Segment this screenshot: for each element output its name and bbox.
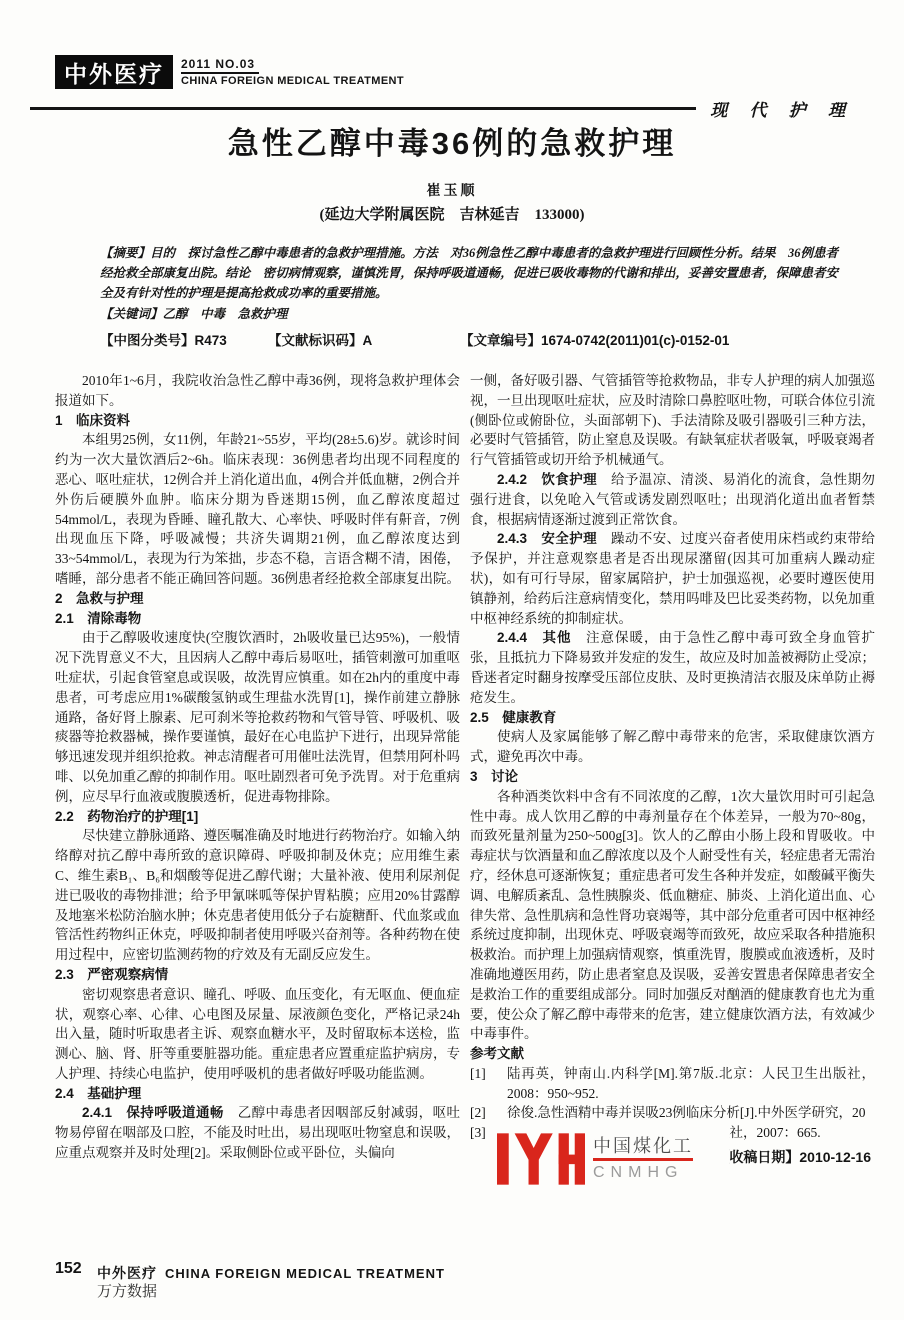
run-in-heading: 2.4.3 安全护理	[497, 531, 611, 546]
watermark-text-cn: 中国煤化工	[593, 1136, 693, 1156]
journal-logo-text: 中外医疗	[64, 56, 164, 89]
reference-marker: [1]	[470, 1064, 486, 1084]
body-paragraph: 由于乙醇吸收速度快(空腹饮酒时，2h吸收量已达95%)，一般情况下洗胃意义不大，…	[55, 628, 460, 806]
footer-journal-en: CHINA FOREIGN MEDICAL TREATMENT	[165, 1266, 445, 1281]
body-columns: 2010年1~6月，我院收治急性乙醇中毒36例，现将急救护理体会报道如下。1 临…	[55, 371, 875, 1253]
watermark-underline	[593, 1158, 693, 1161]
body-paragraph: 2.4.1 保持呼吸道通畅 乙醇中毒患者因咽部反射减弱，呕吐物易停留在咽部及口腔…	[55, 1103, 460, 1162]
clc-number: 【中图分类号】R473	[100, 329, 268, 349]
body-paragraph: 密切观察患者意识、瞳孔、呼吸、血压变化，有无呕血、便血症状，观察心率、心律、心电…	[55, 985, 460, 1084]
section-heading: 2 急救与护理	[55, 589, 460, 609]
body-paragraph: 本组男25例，女11例，年龄21~55岁，平均(28±5.6)岁。就诊时间约为一…	[55, 430, 460, 588]
references-heading: 参考文献	[470, 1044, 875, 1064]
footer-journal-cn: 中外医疗	[97, 1265, 157, 1281]
right-column: 一侧，备好吸引器、气管插管等抢救物品，非专人护理的病人加强巡视，一旦出现呕吐症状…	[470, 371, 875, 1253]
body-paragraph: 2.4.2 饮食护理 给予温凉、清淡、易消化的流食，急性期勿强行进食，以免呛入气…	[470, 470, 875, 529]
journal-name-en: CHINA FOREIGN MEDICAL TREATMENT	[181, 75, 404, 87]
body-paragraph: 使病人及家属能够了解乙醇中毒带来的危害，采取健康饮酒方式，避免再次中毒。	[470, 727, 875, 767]
reference-marker: [2]	[470, 1103, 486, 1123]
section-heading: 2.4 基础护理	[55, 1084, 460, 1104]
body-paragraph: 一侧，备好吸引器、气管插管等抢救物品，非专人护理的病人加强巡视，一旦出现呕吐症状…	[470, 371, 875, 470]
article-id: 【文章编号】1674-0742(2011)01(c)-0152-01	[460, 329, 729, 349]
abstract-text: 【摘要】目的 探讨急性乙醇中毒患者的急救护理措施。方法 对36例急性乙醇中毒患者…	[100, 243, 838, 303]
document-code: 【文献标识码】A	[268, 329, 460, 349]
page-number: 152	[55, 1260, 82, 1278]
run-in-heading: 2.4.2 饮食护理	[497, 472, 611, 487]
issue-number: 2011 NO.03	[181, 57, 259, 74]
china-coal-chemical-logo	[497, 1127, 585, 1191]
body-paragraph: 2010年1~6月，我院收治急性乙醇中毒36例，现将急救护理体会报道如下。	[55, 371, 460, 411]
run-in-heading: 2.4.4 其他	[497, 630, 586, 645]
provider-mark: 万方数据	[97, 1280, 157, 1301]
body-paragraph: 各种酒类饮料中含有不同浓度的乙醇，1次大量饮用时可引起急性中毒。成人饮用乙醇的中…	[470, 787, 875, 1044]
reference-item: [2]徐俊.急性酒精中毒并误吸23例临床分析[J].中外医学研究，20	[470, 1103, 875, 1123]
watermark: 中国煤化工 CNMHG	[497, 1124, 729, 1194]
body-paragraph: 尽快建立静脉通路、遵医嘱准确及时地进行药物治疗。如输入纳络醇对抗乙醇中毒所致的意…	[55, 826, 460, 965]
watermark-text-en: CNMHG	[593, 1163, 693, 1183]
section-heading: 2.3 严密观察病情	[55, 965, 460, 985]
section-heading: 2.5 健康教育	[470, 708, 875, 728]
section-heading: 3 讨论	[470, 767, 875, 787]
article-title: 急性乙醇中毒36例的急救护理	[0, 118, 904, 163]
author-affiliation: (延边大学附属医院 吉林延吉 133000)	[0, 203, 904, 224]
reference-marker: [3]	[470, 1123, 486, 1143]
keywords-line: 【关键词】乙醇 中毒 急救护理	[100, 304, 838, 324]
section-heading: 2.1 清除毒物	[55, 609, 460, 629]
header-rule	[30, 107, 696, 110]
run-in-heading: 2.4.1 保持呼吸道通畅	[82, 1105, 238, 1120]
left-column: 2010年1~6月，我院收治急性乙醇中毒36例，现将急救护理体会报道如下。1 临…	[55, 371, 460, 1253]
meta-row: 【中图分类号】R473 【文献标识码】A 【文章编号】1674-0742(201…	[100, 329, 838, 349]
section-heading: 2.2 药物治疗的护理[1]	[55, 807, 460, 827]
reference-item: [1]陆再英，钟南山.内科学[M].第7版.北京：人民卫生出版社，2008：95…	[470, 1064, 875, 1104]
watermark-text-column: 中国煤化工 CNMHG	[593, 1136, 693, 1183]
body-paragraph: 2.4.3 安全护理 躁动不安、过度兴奋者使用床档或约束带给予保护，并注意观察患…	[470, 529, 875, 628]
journal-page: 中外医疗 2011 NO.03 CHINA FOREIGN MEDICAL TR…	[0, 0, 904, 1320]
abstract-block: 【摘要】目的 探讨急性乙醇中毒患者的急救护理措施。方法 对36例急性乙醇中毒患者…	[100, 243, 838, 349]
body-paragraph: 2.4.4 其他 注意保暖，由于急性乙醇中毒可致全身血管扩张，且抵抗力下降易致并…	[470, 628, 875, 707]
author-name: 崔玉顺	[0, 180, 904, 200]
section-heading: 1 临床资料	[55, 411, 460, 431]
journal-logo: 中外医疗	[55, 55, 173, 89]
